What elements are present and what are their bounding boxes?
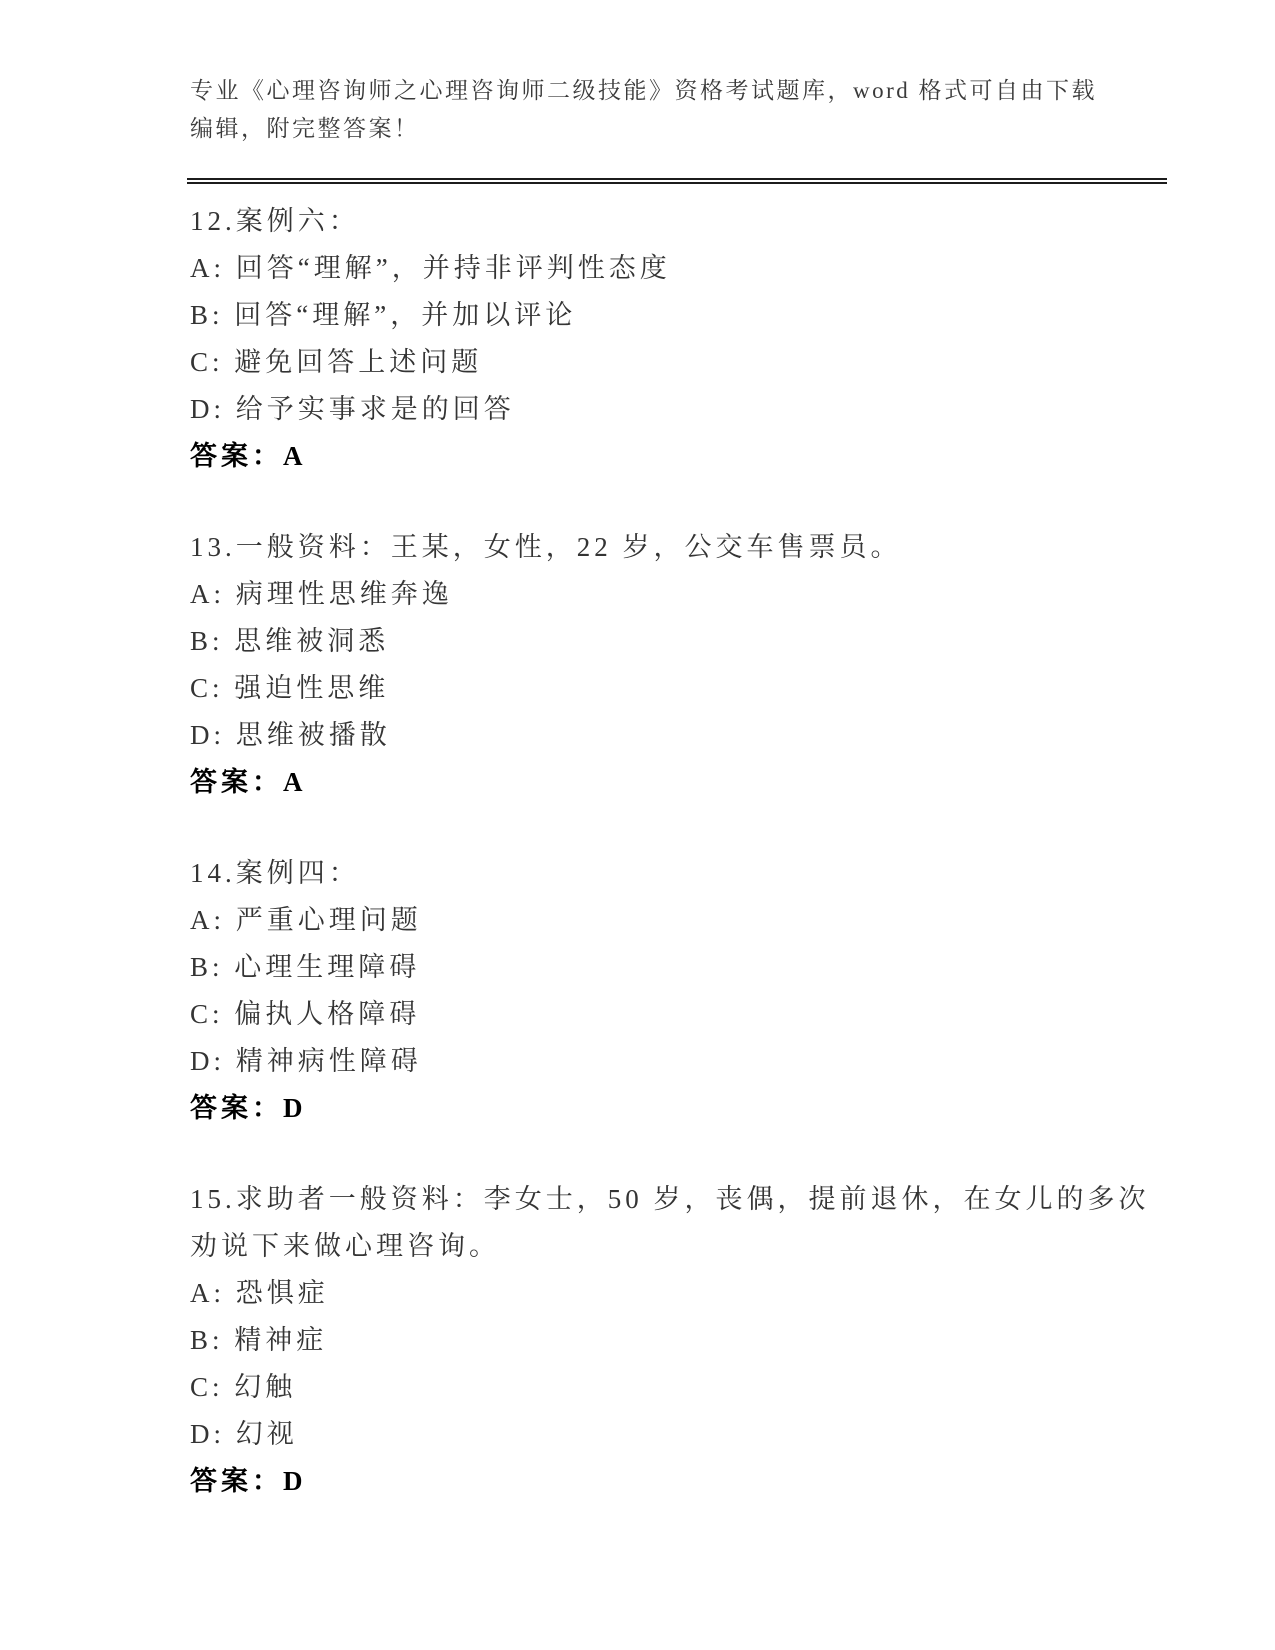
question-block: 13.一般资料：王某，女性，22 岁，公交车售票员。 A: 病理性思维奔逸 B:… <box>190 524 1190 806</box>
question-block: 12.案例六： A: 回答“理解”，并持非评判性态度 B: 回答“理解”，并加以… <box>190 198 1190 480</box>
document-content: 专业《心理咨询师之心理咨询师二级技能》资格考试题库，word 格式可自由下载 编… <box>190 72 1190 1549</box>
option-line: A: 恐惧症 <box>190 1270 1190 1317</box>
question-block: 14.案例四： A: 严重心理问题 B: 心理生理障碍 C: 偏执人格障碍 D:… <box>190 850 1190 1132</box>
option-line: D: 思维被播散 <box>190 712 1190 759</box>
option-line: C: 幻触 <box>190 1364 1190 1411</box>
answer-line: 答案：A <box>190 433 1190 480</box>
option-line: D: 给予实事求是的回答 <box>190 386 1190 433</box>
answer-line: 答案：D <box>190 1458 1190 1505</box>
option-line: B: 思维被洞悉 <box>190 618 1190 665</box>
option-line: A: 回答“理解”，并持非评判性态度 <box>190 245 1190 292</box>
document-header-note: 专业《心理咨询师之心理咨询师二级技能》资格考试题库，word 格式可自由下载 编… <box>190 72 1190 148</box>
question-stem: 14.案例四： <box>190 850 1190 897</box>
header-note-line: 编辑，附完整答案！ <box>190 110 1190 148</box>
answer-line: 答案：A <box>190 759 1190 806</box>
header-separator <box>187 178 1167 184</box>
question-stem: 12.案例六： <box>190 198 1190 245</box>
question-stem: 15.求助者一般资料：李女士，50 岁，丧偶，提前退休，在女儿的多次 <box>190 1176 1190 1223</box>
option-line: B: 心理生理障碍 <box>190 944 1190 991</box>
option-line: C: 强迫性思维 <box>190 665 1190 712</box>
option-line: D: 幻视 <box>190 1411 1190 1458</box>
option-line: A: 严重心理问题 <box>190 897 1190 944</box>
question-stem: 13.一般资料：王某，女性，22 岁，公交车售票员。 <box>190 524 1190 571</box>
option-line: B: 回答“理解”，并加以评论 <box>190 292 1190 339</box>
option-line: B: 精神症 <box>190 1317 1190 1364</box>
question-list: 12.案例六： A: 回答“理解”，并持非评判性态度 B: 回答“理解”，并加以… <box>190 198 1190 1505</box>
option-line: D: 精神病性障碍 <box>190 1038 1190 1085</box>
option-line: C: 避免回答上述问题 <box>190 339 1190 386</box>
answer-line: 答案：D <box>190 1085 1190 1132</box>
document-page: 专业《心理咨询师之心理咨询师二级技能》资格考试题库，word 格式可自由下载 编… <box>0 0 1275 1650</box>
option-line: C: 偏执人格障碍 <box>190 991 1190 1038</box>
option-line: A: 病理性思维奔逸 <box>190 571 1190 618</box>
header-note-line: 专业《心理咨询师之心理咨询师二级技能》资格考试题库，word 格式可自由下载 <box>190 72 1190 110</box>
question-block: 15.求助者一般资料：李女士，50 岁，丧偶，提前退休，在女儿的多次 劝说下来做… <box>190 1176 1190 1505</box>
question-stem: 劝说下来做心理咨询。 <box>190 1223 1190 1270</box>
